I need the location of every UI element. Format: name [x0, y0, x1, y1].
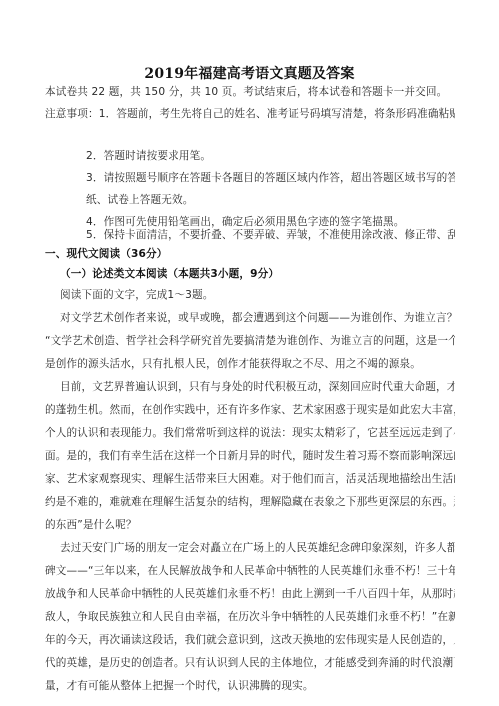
paragraph-line: 约是不难的，难就难在理解生活复杂的结构，理解隐藏在表象之下那些更深层的东西。那么… — [45, 495, 455, 509]
reading-instruction: 阅读下面的文字，完成1～3题。 — [60, 288, 470, 302]
paragraph-line: 的蓬勃生机。然而，在创作实践中，还有许多作家、艺术家困惑于现实是如此宏大丰富，以… — [45, 403, 455, 417]
document-title: 2019年福建高考语文真题及答案 — [0, 63, 499, 83]
paragraph-line: 代的英雄，是历史的创造者。只有认识到人民的主体地位，才能感受到奔涌的时代浪潮下面… — [45, 656, 455, 670]
paragraph-line: 的东西”是什么呢？ — [45, 518, 455, 532]
note-item: 3．请按照题号顺序在答题卡各题目的答题区域内作答，超出答题区域书写的答案无效；在… — [86, 171, 455, 185]
paragraph-line: 年的今天，再次诵读这段话，我们就会意识到，这改天换地的宏伟现实是人民创造的，人民… — [45, 633, 455, 647]
paragraph-line: 目前，文艺界普遍认识到，只有与身处的时代积极互动，深刻回应时代重大命题，才会获得… — [60, 380, 455, 394]
exam-intro: 本试卷共 22 题，共 150 分，共 10 页。考试结束后，将本试卷和答题卡一… — [45, 85, 455, 99]
note-item: 纸、试卷上答题无效。 — [86, 193, 455, 207]
note-item: 2．答题时请按要求用笔。 — [86, 149, 455, 163]
document-page: 2019年福建高考语文真题及答案 本试卷共 22 题，共 150 分，共 10 … — [0, 0, 499, 706]
paragraph-line: “文学艺术创造、哲学社会科学研究首先要搞清楚为谁创作、为谁立言的问题，这是一个根… — [45, 334, 455, 348]
paragraph-line: 放战争和人民革命中牺牲的人民英雄们永垂不朽！由此上溯到一千八百四十年，从那时起，… — [45, 587, 455, 601]
paragraph-line: 敌人，争取民族独立和人民自由幸福，在历次斗争中牺牲的人民英雄们永垂不朽！”在新中… — [45, 610, 455, 624]
paragraph-line: 碑文——“三年以来，在人民解放战争和人民革命中牺牲的人民英雄们永垂不朽！三十年以… — [45, 564, 455, 578]
section-heading: 一、现代文阅读（36分） — [45, 247, 455, 261]
notes-label-line: 注意事项：1．答题前，考生先将自己的姓名、准考证号码填写清楚，将条形码准确粘贴在… — [45, 107, 455, 121]
paragraph-line: 家、艺术家观察现实、理解生活带来巨大困难。对于他们而言，活灵活现地描绘出生活的现… — [45, 472, 455, 486]
paragraph-line: 是创作的源头活水，只有扎根人民，创作才能获得取之不尽、用之不竭的源泉。 — [45, 357, 455, 371]
paragraph-line: 对文学艺术创作者来说，或早或晚，都会遭遇到这个问题——为谁创作、为谁立言？习近平… — [60, 311, 455, 325]
note-item: 5．保持卡面清洁，不要折叠、不要弄破、弄皱，不准使用涂改液、修正带、刮纸刀。 — [86, 228, 455, 242]
note-item: 4．作图可先使用铅笔画出，确定后必须用黑色字迹的签字笔描黑。 — [86, 215, 455, 229]
paragraph-line: 面。是的，我们有幸生活在这样一个日新月异的时代，随时发生着习焉不察而影响深远的变… — [45, 449, 455, 463]
paragraph-line: 个人的认识和表现能力。我们常常听到这样的说法：现实太精彩了，它甚至远远走到了小说… — [45, 426, 455, 440]
paragraph-line: 量，才有可能从整体上把握一个时代，认识沸腾的现实。 — [45, 679, 455, 693]
subsection-heading: （一）论述类文本阅读（本题共3小题，9分） — [60, 267, 470, 281]
paragraph-line: 去过天安门广场的朋友一定会对矗立在广场上的人民英雄纪念碑印象深刻，许多人都能背得… — [60, 541, 455, 555]
